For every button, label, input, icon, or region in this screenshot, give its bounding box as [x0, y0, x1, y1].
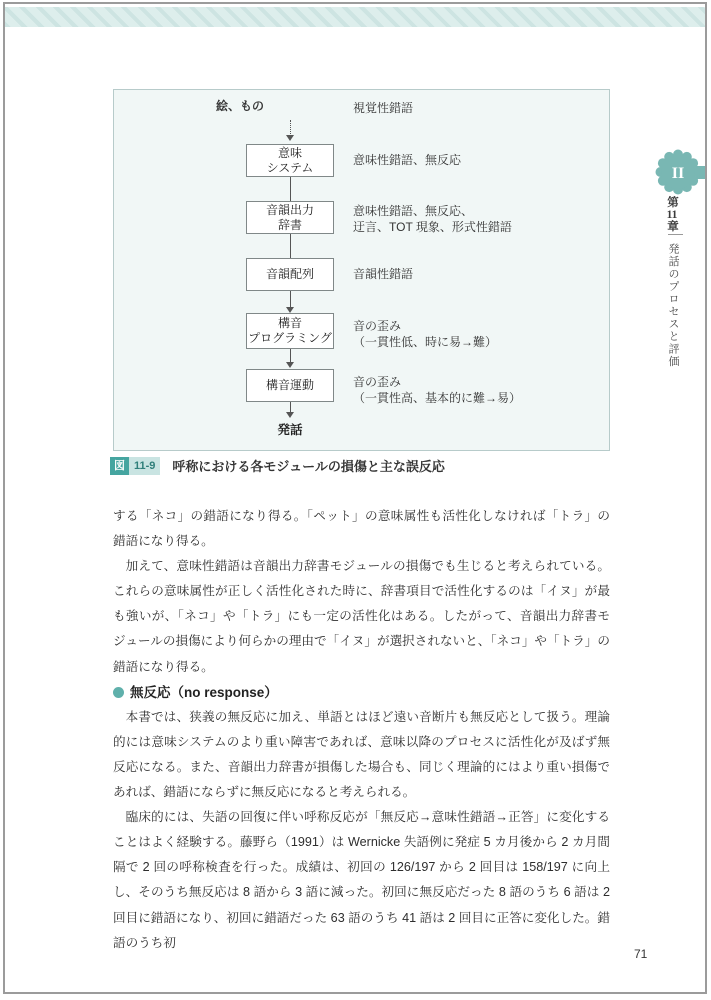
flow-node-line: 意味 — [278, 146, 302, 161]
flow-connector — [290, 234, 291, 258]
flow-node-line: システム — [267, 161, 314, 176]
flow-node-line: 構音 — [278, 316, 302, 331]
flow-input-label: 絵、もの — [133, 98, 347, 114]
flow-connector — [290, 291, 291, 308]
flow-node-articulatory-programming: 構音 プログラミング — [246, 313, 334, 349]
flow-input-annotation: 視覚性錯語 — [353, 100, 413, 116]
paragraph: 臨床的には、失語の回復に伴い呼称反応が「無反応→意味性錯語→正答」に変化すること… — [113, 805, 610, 956]
sidebar-chapter: 第11章 — [664, 196, 680, 233]
sidebar-chapter-title: 発話のプロセスと評価 — [665, 243, 681, 368]
figure-diagram: 絵、もの 視覚性錯語 意味 システム 意味性錯語、無反応 音韻出力 辞書 意味性… — [113, 89, 610, 451]
flow-annotation: 意味性錯語、無反応、 迂言、TOT 現象、形式性錯語 — [353, 203, 512, 235]
header-stripe-band — [5, 7, 705, 27]
figure-label-badge: 図 11-9 — [110, 457, 160, 475]
body-text: する「ネコ」の錯語になり得る。「ペット」の意味属性も活性化しなければ「トラ」の錯… — [113, 504, 610, 956]
part-numeral: II — [672, 165, 684, 182]
flow-annotation: 音韻性錯語 — [353, 266, 413, 282]
flow-node-semantic-system: 意味 システム — [246, 144, 334, 177]
page-number: 71 — [634, 947, 647, 961]
flow-node-line: 音韻出力 — [266, 203, 314, 218]
book-page: 絵、もの 視覚性錯語 意味 システム 意味性錯語、無反応 音韻出力 辞書 意味性… — [0, 0, 711, 1000]
flow-connector — [290, 349, 291, 363]
flow-dotted-connector — [290, 120, 291, 134]
section-heading-text: 無反応（no response） — [130, 680, 278, 705]
flow-node-line: プログラミング — [248, 331, 332, 346]
paragraph: する「ネコ」の錯語になり得る。「ペット」の意味属性も活性化しなければ「トラ」の錯… — [113, 504, 610, 554]
part-badge: II — [655, 149, 701, 195]
paragraph: 加えて、意味性錯語は音韻出力辞書モジュールの損傷でも生じると考えられている。これ… — [113, 554, 610, 679]
sidebar-divider — [668, 234, 683, 235]
figure-label-number: 11-9 — [129, 457, 160, 475]
flow-arrowhead-icon — [286, 412, 294, 418]
flow-annotation: 意味性錯語、無反応 — [353, 152, 461, 168]
section-heading: 無反応（no response） — [113, 680, 610, 705]
flow-node-phoneme-sequencing: 音韻配列 — [246, 258, 334, 291]
seal-icon: II — [655, 149, 701, 195]
flow-arrowhead-icon — [286, 135, 294, 141]
flow-node-line: 音韻配列 — [266, 267, 314, 282]
bullet-icon — [113, 687, 124, 698]
flow-arrowhead-icon — [286, 362, 294, 368]
flow-annotation: 音の歪み （一貫性高、基本的に難→易） — [353, 374, 521, 406]
flow-annotation: 音の歪み （一貫性低、時に易→難） — [353, 318, 497, 350]
flow-node-phonological-output-lexicon: 音韻出力 辞書 — [246, 201, 334, 234]
flow-node-articulatory-movement: 構音運動 — [246, 369, 334, 402]
flow-output-label: 発話 — [246, 420, 334, 438]
figure-caption: 図 11-9 呼称における各モジュールの損傷と主な誤反応 — [110, 456, 445, 475]
figure-label-prefix: 図 — [110, 457, 129, 475]
flow-connector — [290, 177, 291, 201]
figure-caption-text: 呼称における各モジュールの損傷と主な誤反応 — [172, 456, 444, 475]
flow-node-line: 構音運動 — [266, 378, 314, 393]
flow-node-line: 辞書 — [278, 218, 302, 233]
paragraph: 本書では、狭義の無反応に加え、単語とはほど遠い音断片も無反応として扱う。理論的に… — [113, 705, 610, 805]
